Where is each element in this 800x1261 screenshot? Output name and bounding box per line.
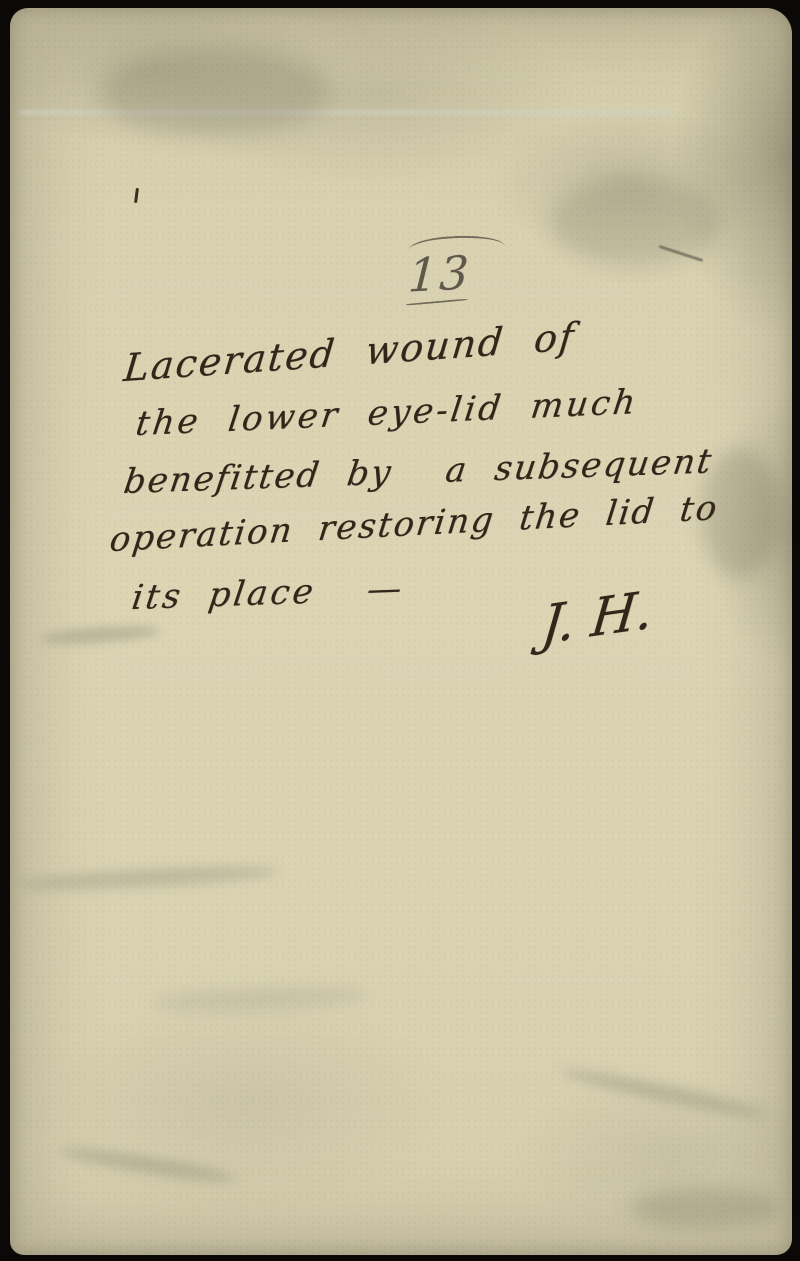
scanned-photo-background: 13 Lacerated wound of the lower eye-lid … [0, 0, 800, 1261]
page-number-digits: 13 [401, 247, 513, 299]
manuscript-page [10, 8, 792, 1255]
paper-grain-texture [10, 8, 792, 1255]
page-number: 13 [400, 233, 513, 305]
